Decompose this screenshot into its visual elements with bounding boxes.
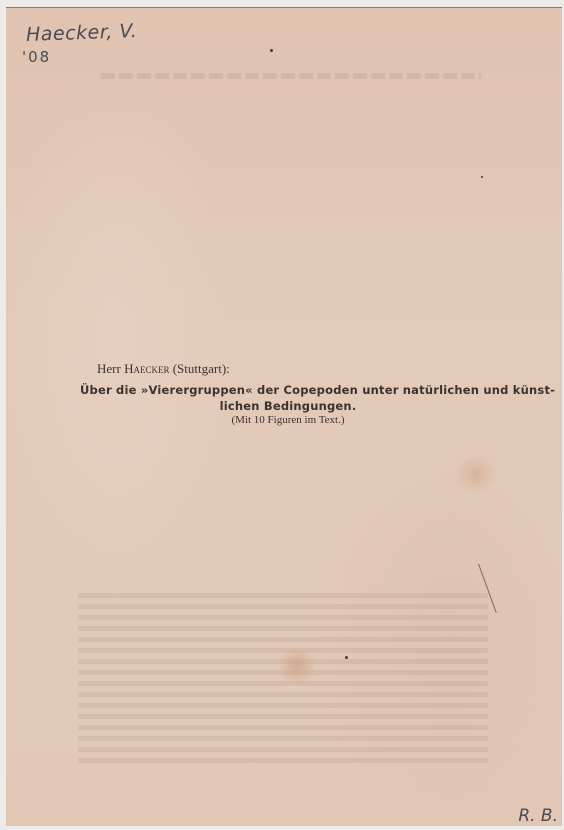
- paper-stain: [278, 646, 316, 686]
- show-through-header: [101, 73, 481, 79]
- author-location: (Stuttgart):: [173, 361, 230, 376]
- author-line: Herr Haecker (Stuttgart):: [97, 361, 230, 377]
- article-title-line-2: lichen Bedingungen.: [6, 399, 564, 413]
- paper-speck: [270, 49, 273, 52]
- document-page: Haecker, V. '08 Herr Haecker (Stuttgart)…: [6, 7, 562, 828]
- article-title-line-1: Über die »Vierergruppen« der Copepoden u…: [80, 383, 555, 397]
- handwritten-author-annotation: Haecker, V.: [26, 20, 138, 46]
- paper-speck: [481, 176, 483, 178]
- handwritten-corner-initials: R. B.: [518, 806, 558, 826]
- paper-speck: [345, 656, 348, 659]
- author-prefix: Herr: [97, 361, 121, 376]
- article-subtitle: (Mit 10 Figuren im Text.): [6, 414, 564, 426]
- scan-border: [0, 826, 564, 830]
- author-name: Haecker: [124, 361, 169, 376]
- paper-stain: [454, 456, 498, 492]
- handwritten-year-annotation: '08: [22, 48, 51, 66]
